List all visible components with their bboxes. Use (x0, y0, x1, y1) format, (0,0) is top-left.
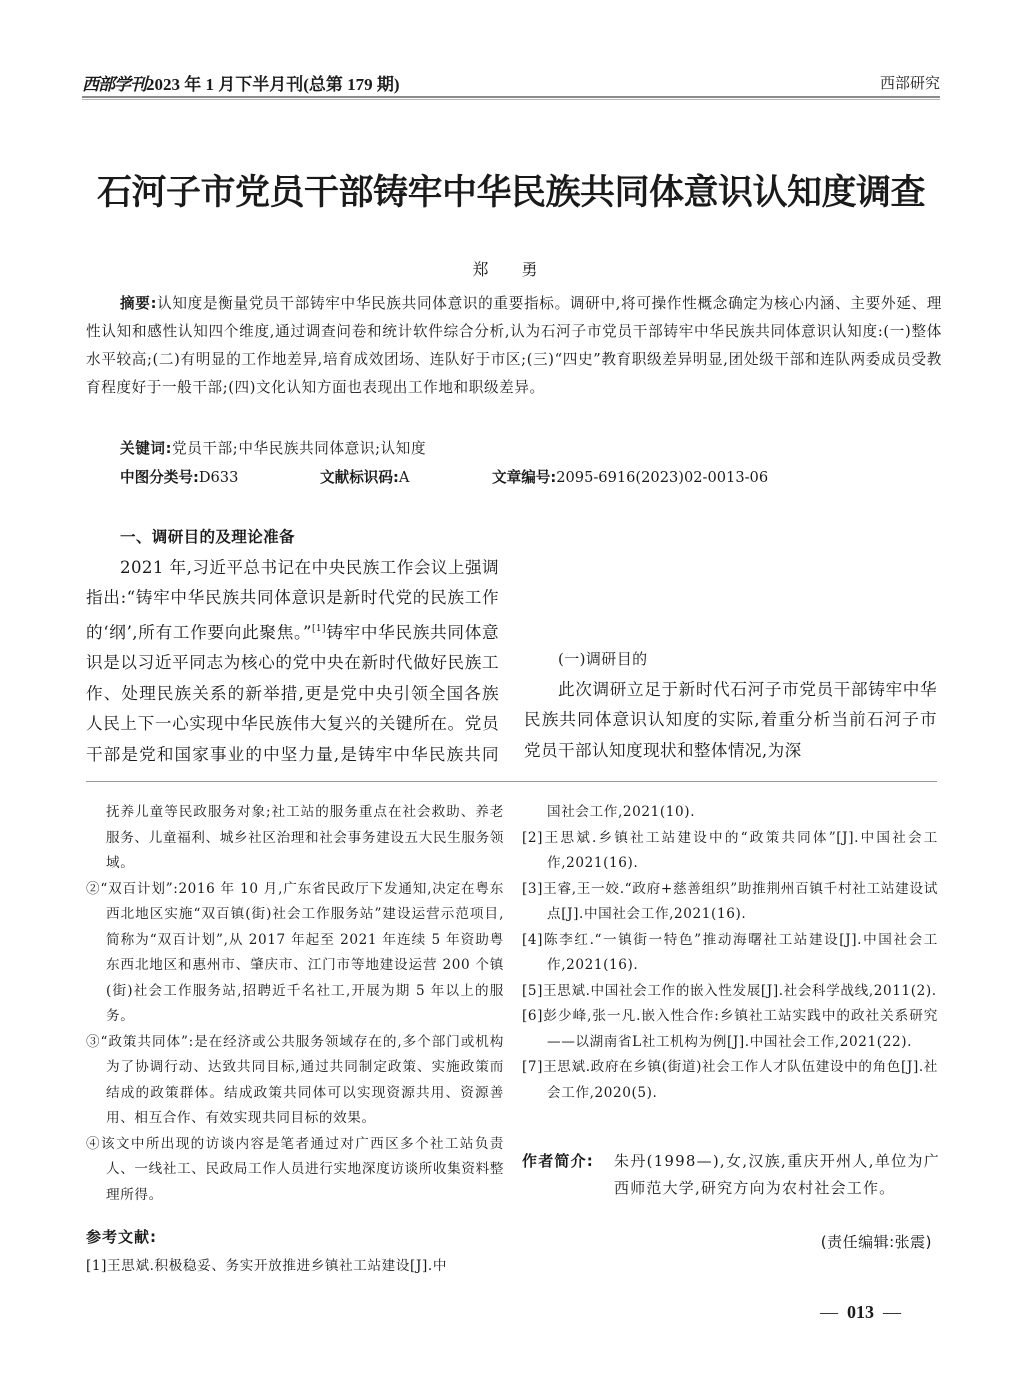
section-heading: 一、调研目的及理论准备 (86, 522, 499, 553)
reference-item: [2]王思斌.乡镇社工站建设中的“政策共同体”[J].中国社会工作,2021(1… (522, 826, 938, 877)
section-name: 西部研究 (880, 72, 940, 93)
body-column-right: 2021 年,习近平总书记在中央民族工作会议上强调指出:“铸牢中华民族共同体意识… (524, 522, 937, 766)
keywords: 关键词:党员干部;中华民族共同体意识;认知度 (120, 437, 426, 458)
clc-label: 中图分类号: (120, 469, 199, 486)
body-paragraph-continued: 2021 年,习近平总书记在中央民族工作会议上强调指出:“铸牢中华民族共同体意识… (524, 522, 937, 644)
journal-logo: 西部学刊 (82, 75, 146, 94)
references-list: 国社会工作,2021(10). [2]王思斌.乡镇社工站建设中的“政策共同体”[… (522, 800, 938, 1106)
journal-issue: 西部学刊2023 年 1 月下半月刊(总第 179 期) (82, 70, 400, 95)
reference-item-continued: 国社会工作,2021(10). (522, 800, 938, 826)
clc-value: D633 (199, 469, 239, 486)
author-bio-label: 作者简介: (522, 1152, 594, 1170)
issue-info: 2023 年 1 月下半月刊(总第 179 期) (146, 75, 400, 94)
references-heading: 参考文献: (86, 1225, 504, 1251)
footnote-1-continued: 抚养儿童等民政服务对象;社工站的服务重点在社会救助、养老服务、儿童福利、城乡社区… (86, 800, 504, 877)
reference-item: [6]彭少峰,张一凡.嵌入性合作:乡镇社工站实践中的政社关系研究——以湖南省L社… (522, 1004, 938, 1055)
subsection-heading: (一)调研目的 (524, 644, 937, 675)
body-paragraph: 2021 年,习近平总书记在中央民族工作会议上强调指出:“铸牢中华民族共同体意识… (86, 553, 499, 767)
footnote-3: ③“政策共同体”:是在经济或公共服务领域存在的,多个部门或机构为了协调行动、达致… (86, 1030, 504, 1132)
body-column-left: 一、调研目的及理论准备 2021 年,习近平总书记在中央民族工作会议上强调指出:… (86, 522, 499, 766)
footnote-divider (86, 781, 937, 782)
classification-line: 中图分类号:D633文献标识码:A文章编号:2095-6916(2023)02-… (120, 466, 768, 487)
article-no-label: 文章编号: (492, 469, 556, 486)
page-number: — 013 — (820, 1302, 901, 1323)
article-no-value: 2095-6916(2023)02-0013-06 (556, 469, 768, 486)
reference-item: [7]王思斌.政府在乡镇(街道)社会工作人才队伍建设中的角色[J].社会工作,2… (522, 1055, 938, 1106)
author-bio: 作者简介: 朱丹(1998—),女,汉族,重庆开州人,单位为广西师范大学,研究方… (522, 1148, 940, 1175)
header-divider (82, 96, 940, 100)
doc-code-value: A (399, 469, 410, 486)
responsible-editor: (责任编辑:张震) (821, 1231, 932, 1252)
reference-item: [1]王思斌.积极稳妥、务实开放推进乡镇社工站建设[J].中 (86, 1254, 504, 1280)
reference-item: [5]王思斌.中国社会工作的嵌入性发展[J].社会科学战线,2011(2). (522, 979, 938, 1005)
author-bio-text: 朱丹(1998—),女,汉族,重庆开州人,单位为广西师范大学,研究方向为农村社会… (614, 1148, 940, 1202)
abstract-text: 认知度是衡量党员干部铸牢中华民族共同体意识的重要指标。调研中,将可操作性概念确定… (86, 295, 942, 396)
doc-code-label: 文献标识码: (320, 469, 399, 486)
keywords-text: 党员干部;中华民族共同体意识;认知度 (172, 440, 426, 457)
reference-item: [4]陈李红.“一镇街一特色”推动海曙社工站建设[J].中国社会工作,2021(… (522, 928, 938, 979)
keywords-label: 关键词: (120, 440, 172, 457)
abstract: 摘要:认知度是衡量党员干部铸牢中华民族共同体意识的重要指标。调研中,将可操作性概… (86, 290, 942, 402)
footnote-2: ②“双百计划”:2016 年 10 月,广东省民政厅下发通知,决定在粤东西北地区… (86, 877, 504, 1030)
footnotes: 抚养儿童等民政服务对象;社工站的服务重点在社会救助、养老服务、儿童福利、城乡社区… (86, 800, 504, 1279)
article-title: 石河子市党员干部铸牢中华民族共同体意识认知度调查 (82, 165, 940, 215)
reference-item: [3]王睿,王一姣.“政府+慈善组织”助推荆州百镇千村社工站建设试点[J].中国… (522, 877, 938, 928)
article-author: 郑 勇 (0, 257, 1024, 280)
abstract-label: 摘要: (120, 295, 157, 312)
footnote-4: ④该文中所出现的访谈内容是笔者通过对广西区多个社工站负责人、一线社工、民政局工作… (86, 1132, 504, 1209)
citation: [1] (312, 624, 326, 634)
body-paragraph: 此次调研立足于新时代石河子市党员干部铸牢中华民族共同体意识认知度的实际,着重分析… (524, 675, 937, 767)
